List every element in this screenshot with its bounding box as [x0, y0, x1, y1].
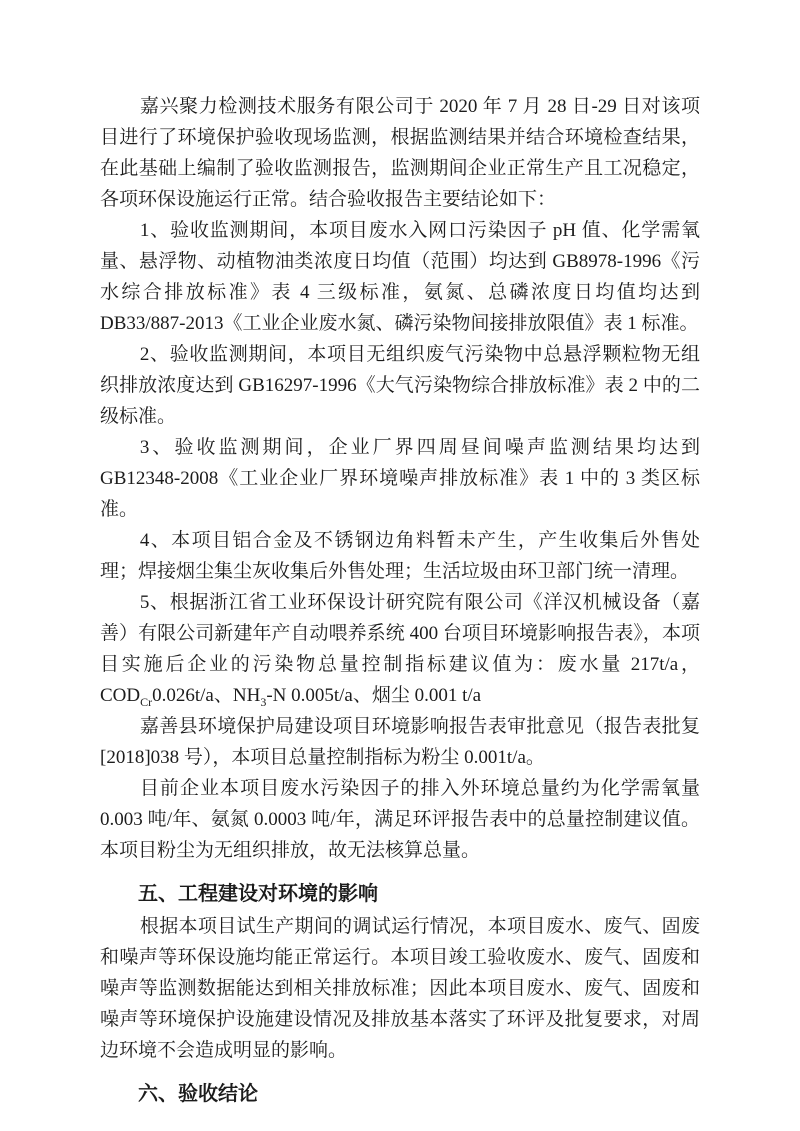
- paragraph-conclusion-5-total-control: 5、根据浙江省工业环保设计研究院有限公司《洋汉机械设备（嘉善）有限公司新建年产自…: [100, 587, 700, 711]
- document-page: 嘉兴聚力检测技术服务有限公司于 2020 年 7 月 28 日-29 日对该项目…: [0, 0, 800, 1131]
- section-heading-5-environmental-impact: 五、工程建设对环境的影响: [100, 879, 700, 910]
- paragraph-conclusion-2-waste-gas: 2、验收监测期间，本项目无组织废气污染物中总悬浮颗粒物无组织排放浓度达到 GB1…: [100, 339, 700, 432]
- paragraph-conclusion-4-solid-waste: 4、本项目铝合金及不锈钢边角料暂未产生，产生收集后外售处理；焊接烟尘集尘灰收集后…: [100, 525, 700, 587]
- text-segment: -N 0.005t/a、烟尘 0.001 t/a: [266, 685, 481, 706]
- paragraph-approval-opinion: 嘉善县环境保护局建设项目环境影响报告表审批意见（报告表批复[2018]038 号…: [100, 711, 700, 773]
- text-segment: 0.026t/a、NH: [152, 685, 260, 706]
- subscript-cr: Cr: [140, 695, 152, 709]
- paragraph-conclusion-3-noise: 3、验收监测期间，企业厂界四周昼间噪声监测结果均达到 GB12348-2008《…: [100, 432, 700, 525]
- paragraph-conclusion-1-wastewater: 1、验收监测期间，本项目废水入网口污染因子 pH 值、化学需氧量、悬浮物、动植物…: [100, 215, 700, 339]
- section-heading-6-acceptance-conclusion: 六、验收结论: [100, 1079, 700, 1110]
- paragraph-current-totals: 目前企业本项目废水污染因子的排入外环境总量约为化学需氧量 0.003 吨/年、氨…: [100, 773, 700, 866]
- paragraph-impact-summary: 根据本项目试生产期间的调试运行情况，本项目废水、废气、固废和噪声等环保设施均能正…: [100, 911, 700, 1066]
- paragraph-intro: 嘉兴聚力检测技术服务有限公司于 2020 年 7 月 28 日-29 日对该项目…: [100, 91, 700, 215]
